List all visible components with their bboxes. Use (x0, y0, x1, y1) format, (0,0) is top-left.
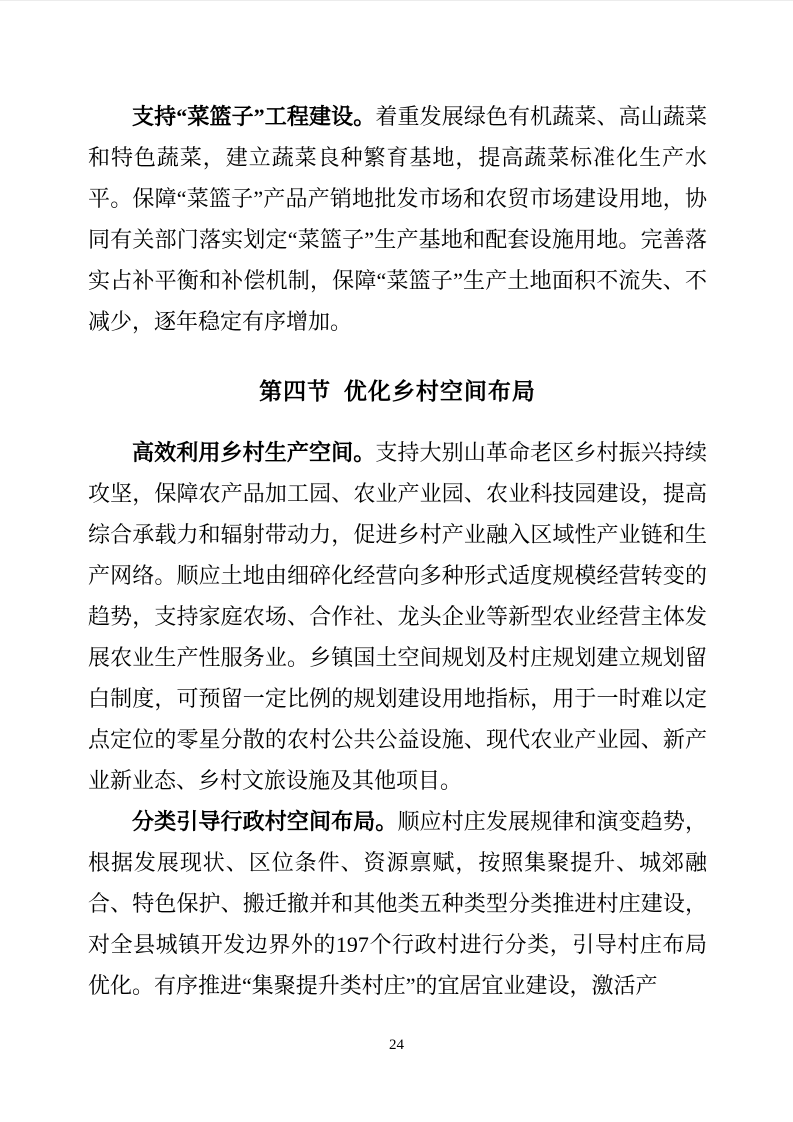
paragraph-body: 着重发展绿色有机蔬菜、高山蔬菜和特色蔬菜，建立蔬菜良种繁育基地，提高蔬菜标准化生… (88, 104, 707, 334)
paragraph-body: 支持大别山革命老区乡村振兴持续攻坚，保障农产品加工园、农业产业园、农业科技园建设… (88, 440, 707, 793)
section-heading-title: 优化乡村空间布局 (344, 378, 536, 404)
section-heading-label: 第四节 (259, 378, 331, 404)
paragraph-lead: 支持“菜篮子”工程建设。 (132, 104, 375, 129)
paragraph-vegetable-basket: 支持“菜篮子”工程建设。着重发展绿色有机蔬菜、高山蔬菜和特色蔬菜，建立蔬菜良种繁… (88, 96, 707, 342)
section-heading: 第四节优化乡村空间布局 (88, 376, 707, 406)
paragraph-lead: 分类引导行政村空间布局。 (132, 809, 397, 834)
paragraph-lead: 高效利用乡村生产空间。 (132, 440, 375, 465)
paragraph-rural-production-space: 高效利用乡村生产空间。支持大别山革命老区乡村振兴持续攻坚，保障农产品加工园、农业… (88, 432, 707, 801)
document-page: 支持“菜篮子”工程建设。着重发展绿色有机蔬菜、高山蔬菜和特色蔬菜，建立蔬菜良种繁… (0, 0, 793, 1122)
paragraph-village-classification: 分类引导行政村空间布局。顺应村庄发展规律和演变趋势，根据发展现状、区位条件、资源… (88, 801, 707, 1006)
paragraph-body: 顺应村庄发展规律和演变趋势，根据发展现状、区位条件、资源禀赋，按照集聚提升、城郊… (88, 809, 707, 998)
page-number: 24 (0, 1035, 793, 1055)
